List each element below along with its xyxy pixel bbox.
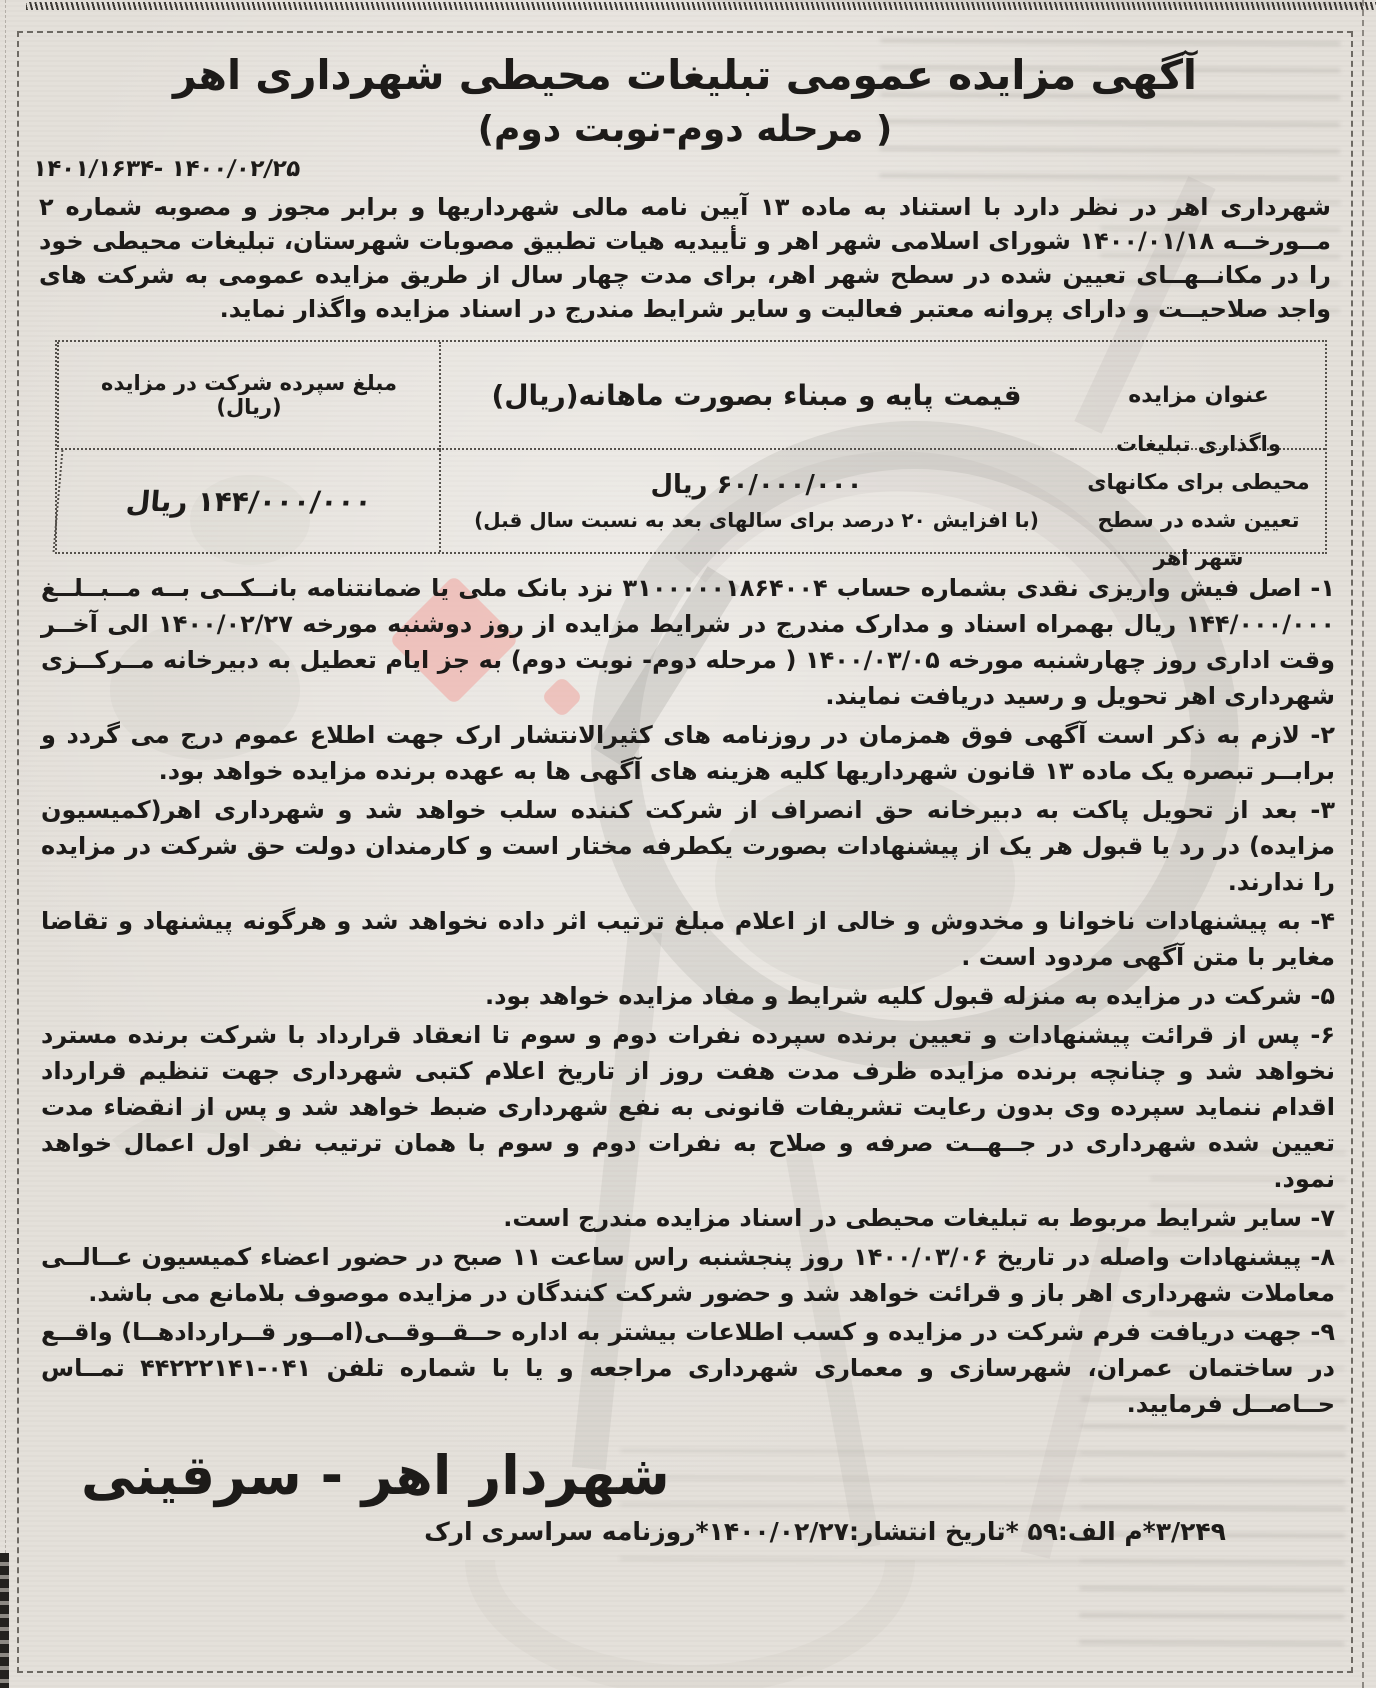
notice-item-4: ۴- به پیشنهادات ناخوانا و مخدوش و خالی ا… xyxy=(41,903,1335,975)
notice-item-2: ۲- لازم به ذکر است آگهی فوق همزمان در رو… xyxy=(41,717,1335,789)
table-cell-base-price: ۶۰/۰۰۰/۰۰۰ ریال (با افزایش ۲۰ درصد برای … xyxy=(439,450,1072,552)
right-column-separator-rule xyxy=(1362,0,1364,1688)
notice-title: آگهی مزایده عمومی تبلیغات محیطی شهرداری … xyxy=(33,51,1337,99)
notice-intro-paragraph: شهرداری اهر در نظر دارد با استناد به ماد… xyxy=(39,190,1331,326)
notice-item-1: ۱- اصل فیش واریزی نقدی بشماره حساب ۳۱۰۰۰… xyxy=(41,570,1335,714)
bottom-left-binding-strip xyxy=(0,1553,9,1688)
notice-conditions-list: ۱- اصل فیش واریزی نقدی بشماره حساب ۳۱۰۰۰… xyxy=(41,570,1335,1422)
notice-item-3: ۳- بعد از تحویل پاکت به دبیرخانه حق انصر… xyxy=(41,792,1335,900)
table-cell-auction-title: واگذاری تبلیغات محیطی برای مکانهای تعیین… xyxy=(1072,450,1325,552)
bleedthrough-top-strip xyxy=(700,0,1360,28)
notice-item-9: ۹- جهت دریافت فرم شرکت در مزایده و کسب ا… xyxy=(41,1314,1335,1422)
auction-notice-box: آگهی مزایده عمومی تبلیغات محیطی شهرداری … xyxy=(17,31,1353,1673)
mayor-signature: شهردار اهر - سرقینی xyxy=(33,1444,1337,1507)
newspaper-scan-page: آگهی مزایده عمومی تبلیغات محیطی شهرداری … xyxy=(0,0,1376,1688)
table-header-deposit: مبلغ سپرده شرکت در مزایده (ریال) xyxy=(57,342,439,450)
table-header-base-price: قیمت پایه و مبناء بصورت ماهانه(ریال) xyxy=(439,342,1072,450)
notice-item-7: ۷- سایر شرایط مربوط به تبلیغات محیطی در … xyxy=(41,1200,1335,1236)
notice-reference-number: ۱۴۰۱/۱۶۳۴- ۱۴۰۰/۰۲/۲۵ xyxy=(32,156,1221,182)
left-page-edge-rule xyxy=(5,0,6,1688)
notice-item-5: ۵- شرکت در مزایده به منزله قبول کلیه شرا… xyxy=(41,978,1335,1014)
notice-subtitle: ( مرحله دوم-نوبت دوم) xyxy=(33,109,1337,150)
top-column-separator-rule xyxy=(26,2,1376,10)
publication-code-line: ۳/۲۴۹*م الف:۵۹ *تاریخ انتشار:۱۴۰۰/۰۲/۲۷*… xyxy=(173,1517,1376,1546)
auction-details-table: عنوان مزایده قیمت پایه و مبناء بصورت ماه… xyxy=(55,340,1327,554)
base-price-note: (با افزایش ۲۰ درصد برای سالهای بعد به نس… xyxy=(474,508,1039,532)
notice-item-6: ۶- پس از قرائت پیشنهادات و تعیین برنده س… xyxy=(41,1017,1335,1197)
table-cell-deposit-amount: ۱۴۴/۰۰۰/۰۰۰ ریال xyxy=(53,450,444,552)
notice-item-8: ۸- پیشنهادات واصله در تاریخ ۱۴۰۰/۰۳/۰۶ ر… xyxy=(41,1239,1335,1311)
base-price-amount: ۶۰/۰۰۰/۰۰۰ ریال xyxy=(650,470,862,500)
